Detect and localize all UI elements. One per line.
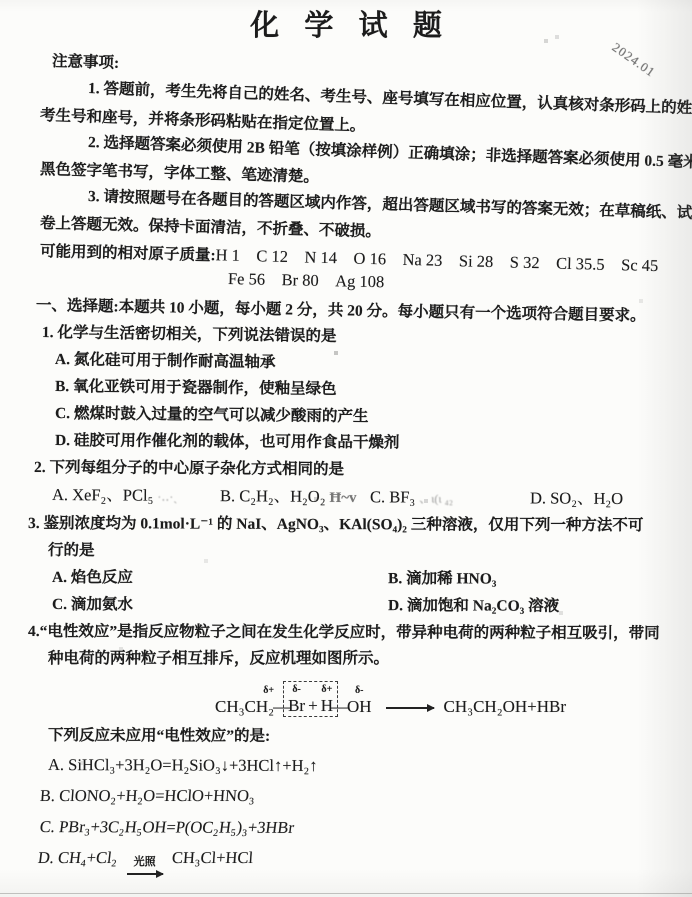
mech-box-br-formula: Br xyxy=(288,696,305,716)
mech-reactant-right-formula: OH xyxy=(347,697,372,717)
q3-options-row-1: A. 焰色反应 B. 滴加稀 HNO₃ xyxy=(52,564,692,593)
exam-content: 化 学 试 题 注意事项: 1. 答题前，考生先将自己的姓名、考生号、座号填写在… xyxy=(0,0,692,880)
mech-reactant-left-formula: CH₃CH₂ xyxy=(215,697,274,717)
q2-option-b-cell: B. C₂H₂、H₂O₂Ħ~v xyxy=(220,482,370,512)
q3-option-d: D. 滴加饱和 Na₂CO₃ 溶液 xyxy=(388,592,559,620)
print-smudge-a: ·‥·ˏ xyxy=(157,490,177,504)
scan-noise-specks xyxy=(0,0,2,2)
q4-stem-line-2: 种电荷的两种粒子相互排斥，反应机理如图所示。 xyxy=(48,645,692,672)
q2-option-b: B. C₂H₂、H₂O₂ xyxy=(220,486,326,506)
bottom-edge-line xyxy=(0,893,692,895)
q3-option-b: B. 滴加稀 HNO₃ xyxy=(388,565,497,592)
reaction-arrow-icon xyxy=(127,873,163,875)
q4-stem-line-1: 4.“电性效应”是指反应物粒子之间在发生化学反应时，带异种电荷的两种粒子相互吸引… xyxy=(28,618,692,647)
mech-reactant-left: δ+ CH₃CH₂ xyxy=(215,684,274,717)
mech-reactant-right: δ- OH xyxy=(347,684,372,717)
q4-option-d: D. CH₄+Cl₂ 光照 CH₃Cl+HCl xyxy=(38,842,692,880)
q2-option-a-cell: A. XeF₂、PCl₅·‥·ˏ xyxy=(52,481,220,511)
delta-minus-charge: δ- xyxy=(355,684,364,697)
exam-page: 2024.01 化 学 试 题 注意事项: 1. 答题前，考生先将自己的姓名、考… xyxy=(0,0,692,897)
q4-option-d-products: CH₃Cl+HCl xyxy=(171,842,254,873)
delta-plus-charge: δ+ xyxy=(321,683,332,696)
bond-dash: — xyxy=(273,697,290,717)
q4-option-d-arrow: 光照 xyxy=(127,856,163,880)
q4-option-c-formula: C. PBr₃+3C₂H₅OH=P(OC₂H₅)₃+3HBr xyxy=(38,811,296,843)
q1-option-d: D. 硅胶可用作催化剂的载体，也可用作食品干燥剂 xyxy=(55,427,692,458)
q4-option-a: A. SiHCl₃+3H₂O=H₂SiO₃↓+3HCl↑+H₂↑ xyxy=(48,749,692,782)
mech-box-plus: + xyxy=(308,683,318,716)
exam-title: 化 学 试 题 xyxy=(0,6,692,48)
q2-option-c: C. BF₃ xyxy=(370,487,415,506)
print-smudge-b: Ħ~v xyxy=(329,490,356,506)
q3-option-a: A. 焰色反应 xyxy=(52,564,388,592)
delta-plus-charge: δ+ xyxy=(263,684,274,697)
q3-option-c: C. 滴加氨水 xyxy=(52,591,388,619)
q2-option-d: D. SO₂、H₂O xyxy=(530,484,623,512)
q2-option-c-cell: C. BF₃、ι(ι ₄₂ xyxy=(370,483,530,513)
q4-option-b-formula: B. ClONO₂+H₂O=HClO+HNO₃ xyxy=(39,780,256,811)
q4-substem: 下列反应未应用“电性效应”的是: xyxy=(48,722,692,751)
q4-option-c: C. PBr₃+3C₂H₅OH=P(OC₂H₅)₃+3HBr xyxy=(40,811,692,844)
mech-box-br: δ- Br xyxy=(288,683,305,716)
reaction-arrow-icon xyxy=(386,707,434,709)
photolysis-condition-label: 光照 xyxy=(134,856,156,868)
q4-option-d-reactants: D. CH₄+Cl₂ xyxy=(36,842,119,873)
bond-dash: — xyxy=(331,697,348,717)
plus-sign: + xyxy=(308,696,318,716)
print-smudge-c: 、ι(ι ₄₂ xyxy=(419,492,453,506)
q2-option-a: A. XeF₂、PCl₅ xyxy=(52,485,153,505)
dashed-box: δ- Br + δ+ H xyxy=(283,681,338,717)
q4-option-b: B. ClONO₂+H₂O=HClO+HNO₃ xyxy=(40,780,692,811)
reaction-mechanism-figure: δ+ CH₃CH₂ — δ- Br + δ+ H — δ- xyxy=(215,681,692,717)
delta-minus-charge: δ- xyxy=(292,683,301,696)
mech-products: CH₃CH₂OH+HBr xyxy=(444,697,567,717)
atomic-masses-label: 可能用到的相对原子质量: xyxy=(40,243,216,264)
q3-stem-line-2: 行的是 xyxy=(48,537,692,566)
q3-stem-line-1: 3. 鉴别浓度均为 0.1mol·L⁻¹ 的 NaI、AgNO₃、KAl(SO₄… xyxy=(28,510,692,539)
q3-options-row-2: C. 滴加氨水 D. 滴加饱和 Na₂CO₃ 溶液 xyxy=(52,591,692,620)
